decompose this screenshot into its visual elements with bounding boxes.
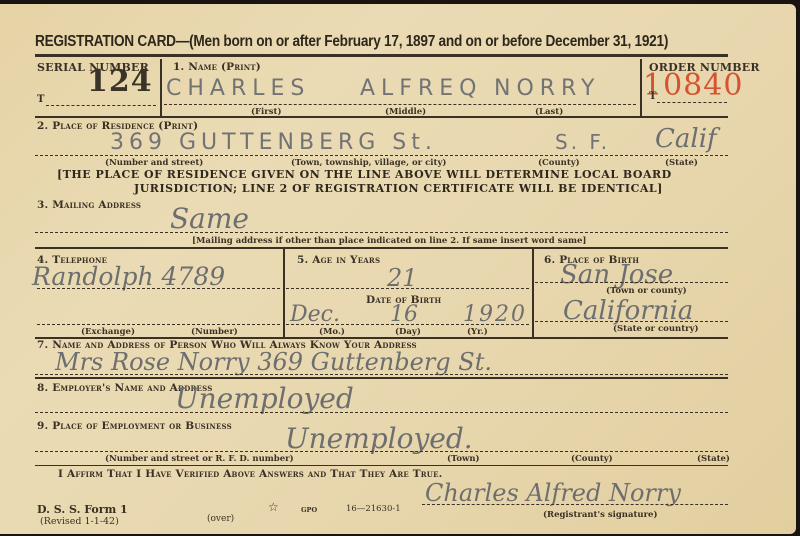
registration-card: REGISTRATION CARD—(Men born on or after … <box>0 4 796 534</box>
age-label: 5. Age in Years <box>297 254 380 266</box>
county-caption: (County) <box>538 158 580 168</box>
residence-state-value: Calif <box>655 124 717 154</box>
star-icon: ☆ <box>268 500 279 514</box>
residence-line <box>35 155 728 156</box>
state-caption: (State) <box>665 158 698 168</box>
birthplace-town-caption: (Town or county) <box>606 286 687 296</box>
signature-caption: (Registrant's signature) <box>543 510 657 520</box>
order-number: 10840 <box>643 68 743 103</box>
name-first-value: CHARLES <box>166 76 310 101</box>
serial-number: 124 <box>87 64 153 99</box>
telephone-line2 <box>37 324 280 325</box>
employer-value: Unemployed <box>175 382 354 415</box>
over-note: (over) <box>207 514 234 524</box>
residence-county-value: S. F. <box>555 130 610 154</box>
row1-rule <box>35 116 728 118</box>
emp-state-caption: (State) <box>697 454 730 464</box>
telephone-line1 <box>37 288 280 289</box>
serial-divider <box>160 59 162 117</box>
form-number: D. S. S. Form 1 <box>37 503 128 516</box>
street-caption: (Number and street) <box>105 158 203 168</box>
mailing-value: Same <box>170 202 249 235</box>
row9-rule <box>35 465 728 466</box>
form-revised: (Revised 1-1-42) <box>40 516 119 527</box>
emp-street-caption: (Number and street or R. F. D. number) <box>105 454 294 464</box>
month-caption: (Mo.) <box>319 327 345 337</box>
age-line <box>286 288 529 289</box>
dob-line <box>286 324 529 325</box>
order-line <box>657 102 727 103</box>
gpo-mark: GPO <box>301 506 317 514</box>
mailing-line <box>35 232 728 233</box>
order-divider <box>640 59 642 117</box>
contact-value: Mrs Rose Norry 369 Guttenberg St. <box>55 348 492 376</box>
residence-note-line1: [THE PLACE OF RESIDENCE GIVEN ON THE LIN… <box>57 168 672 181</box>
emp-county-caption: (County) <box>571 454 613 464</box>
residence-note-line2: JURISDICTION; LINE 2 OF REGISTRATION CER… <box>134 182 663 195</box>
serial-prefix: T <box>37 94 45 105</box>
employer-line <box>35 412 728 413</box>
birthplace-state-caption: (State or country) <box>613 324 699 334</box>
employment-place-line <box>35 451 728 452</box>
serial-line <box>46 105 156 106</box>
card-title: REGISTRATION CARD—(Men born on or after … <box>35 33 668 51</box>
town-caption: (Town, township, village, or city) <box>291 158 446 168</box>
gpo-code: 16—21630-1 <box>346 504 401 514</box>
row7-rule <box>35 377 728 379</box>
affirmation-text: I Affirm That I Have Verified Above Answ… <box>58 468 443 480</box>
year-caption: (Yr.) <box>467 327 488 337</box>
title-rule <box>35 54 728 57</box>
name-label: 1. Name (Print) <box>173 61 261 73</box>
mailing-label: 3. Mailing Address <box>37 199 141 211</box>
number-caption: (Number) <box>191 327 238 337</box>
order-prefix: T <box>649 91 657 102</box>
tel-divider <box>283 249 285 337</box>
contact-line <box>35 374 728 375</box>
name-middle-value: ALFREQ <box>360 76 482 101</box>
employment-place-label: 9. Place of Employment or Business <box>37 420 232 432</box>
age-divider <box>532 249 534 337</box>
signature-line <box>422 504 728 505</box>
emp-town-caption: (Town) <box>447 454 480 464</box>
name-last-value: NORRY <box>494 76 600 101</box>
exchange-caption: (Exchange) <box>81 327 135 337</box>
signature-value: Charles Alfred Norry <box>425 479 681 507</box>
row3-rule <box>35 247 728 249</box>
name-line <box>164 104 636 105</box>
birthplace-town-line <box>535 282 728 283</box>
birthplace-state-line <box>535 321 728 322</box>
mailing-caption: [Mailing address if other than place ind… <box>192 236 586 246</box>
day-caption: (Day) <box>395 327 421 337</box>
telephone-value: Randolph 4789 <box>32 262 225 291</box>
residence-street-value: 369 GUTTENBERG St. <box>110 130 437 155</box>
